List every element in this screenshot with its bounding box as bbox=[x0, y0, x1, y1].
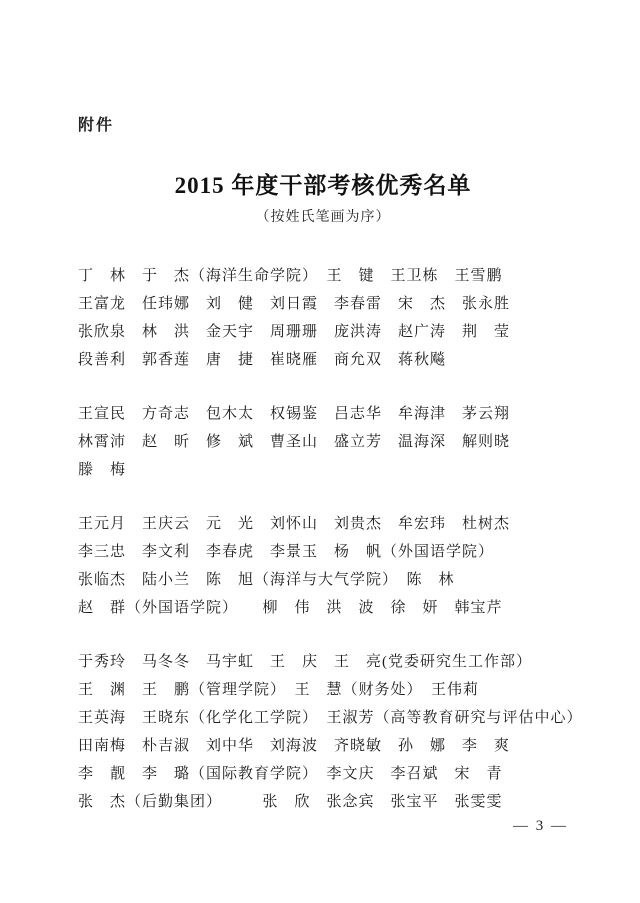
name-row: 田南梅 朴吉淑 刘中华 刘海波 齐晓敏 孙 娜 李 爽 bbox=[78, 732, 568, 760]
name-row: 于秀玲 马冬冬 马宇虹 王 庆 王 亮(党委研究生工作部） bbox=[78, 648, 568, 676]
name-row: 李 靓 李 璐（国际教育学院） 李文庆 李召斌 宋 青 bbox=[78, 760, 568, 788]
name-row: 张欣泉 林 洪 金天宇 周珊珊 庞洪涛 赵广涛 荆 莹 bbox=[78, 318, 568, 346]
name-row: 王富龙 任玮娜 刘 健 刘日霞 李春雷 宋 杰 张永胜 bbox=[78, 290, 568, 318]
name-row: 林霄沛 赵 昕 修 斌 曹圣山 盛立芳 温海深 解则晓 bbox=[78, 428, 568, 456]
name-row: 滕 梅 bbox=[78, 456, 568, 484]
name-row: 王元月 王庆云 元 光 刘怀山 刘贵杰 牟宏玮 杜树杰 bbox=[78, 510, 568, 538]
name-row: 赵 群（外国语学院） 柳 伟 洪 波 徐 妍 韩宝芹 bbox=[78, 594, 568, 622]
name-group-1: 丁 林 于 杰（海洋生命学院） 王 键 王卫栋 王雪鹏 王富龙 任玮娜 刘 健 … bbox=[78, 262, 568, 374]
name-group-4: 于秀玲 马冬冬 马宇虹 王 庆 王 亮(党委研究生工作部） 王 渊 王 鹏（管理… bbox=[78, 648, 568, 816]
page-title: 2015 年度干部考核优秀名单 bbox=[78, 167, 568, 200]
name-row: 王英海 王晓东（化学化工学院） 王淑芳（高等教育研究与评估中心） bbox=[78, 704, 568, 732]
name-row: 王宣民 方奇志 包木太 权锡鉴 吕志华 牟海津 茅云翔 bbox=[78, 400, 568, 428]
name-group-3: 王元月 王庆云 元 光 刘怀山 刘贵杰 牟宏玮 杜树杰 李三忠 李文利 李春虎 … bbox=[78, 510, 568, 622]
name-row: 李三忠 李文利 李春虎 李景玉 杨 帆（外国语学院） bbox=[78, 538, 568, 566]
name-group-2: 王宣民 方奇志 包木太 权锡鉴 吕志华 牟海津 茅云翔 林霄沛 赵 昕 修 斌 … bbox=[78, 400, 568, 484]
name-list: 丁 林 于 杰（海洋生命学院） 王 键 王卫栋 王雪鹏 王富龙 任玮娜 刘 健 … bbox=[78, 262, 568, 816]
page-number: — 3 — bbox=[513, 818, 568, 835]
name-row: 段善利 郭香莲 唐 捷 崔晓雁 商允双 蒋秋飚 bbox=[78, 346, 568, 374]
attachment-label: 附件 bbox=[78, 112, 568, 135]
name-row: 丁 林 于 杰（海洋生命学院） 王 键 王卫栋 王雪鹏 bbox=[78, 262, 568, 290]
document-page: 附件 2015 年度干部考核优秀名单 （按姓氏笔画为序） 丁 林 于 杰（海洋生… bbox=[0, 0, 640, 903]
name-row: 张 杰（后勤集团） 张 欣 张念宾 张宝平 张雯雯 bbox=[78, 788, 568, 816]
name-row: 张临杰 陆小兰 陈 旭（海洋与大气学院） 陈 林 bbox=[78, 566, 568, 594]
page-subtitle: （按姓氏笔画为序） bbox=[78, 206, 568, 226]
name-row: 王 渊 王 鹏（管理学院） 王 慧（财务处） 王伟莉 bbox=[78, 676, 568, 704]
